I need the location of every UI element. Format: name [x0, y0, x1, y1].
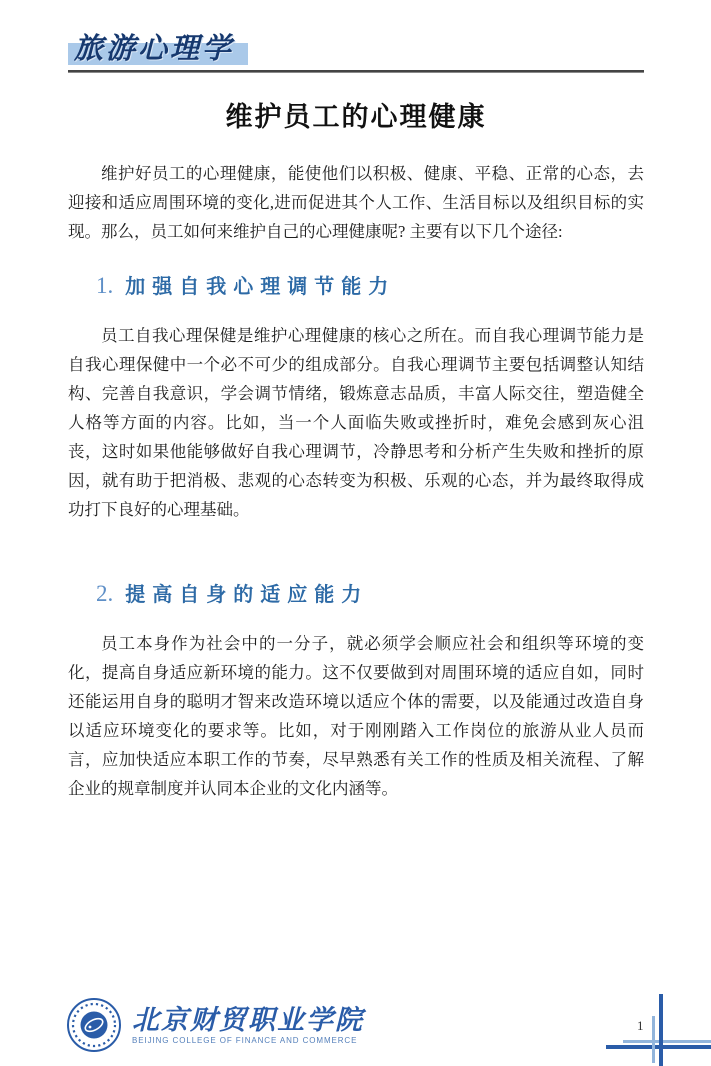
corner-line-vertical-dark	[659, 994, 663, 1066]
section-heading-1: 1. 加强自我心理调节能力	[96, 270, 644, 299]
page-content: 旅游心理学 维护员工的心理健康 维护好员工的心理健康，能使他们以积极、健康、平稳…	[0, 0, 711, 803]
page-title: 维护员工的心理健康	[68, 95, 644, 134]
header-divider	[68, 70, 644, 73]
college-name-english: BEIJING COLLEGE OF FINANCE AND COMMERCE	[132, 1036, 364, 1045]
college-name-block: 北京财贸职业学院 BEIJING COLLEGE OF FINANCE AND …	[132, 1006, 364, 1045]
corner-line-horizontal-light	[623, 1040, 711, 1043]
section-paragraph-2: 员工本身作为社会中的一分子，就必须学会顺应社会和组织等环境的变化，提高自身适应新…	[68, 629, 644, 803]
section-paragraph-1: 员工自我心理保健是维护心理健康的核心之所在。而自我心理调节能力是自我心理保健中一…	[68, 321, 644, 524]
section-heading-2: 2. 提高自身的适应能力	[96, 578, 644, 607]
college-name-chinese: 北京财贸职业学院	[132, 1006, 364, 1034]
book-page: 旅游心理学 维护员工的心理健康 维护好员工的心理健康，能使他们以积极、健康、平稳…	[0, 0, 711, 1066]
corner-line-vertical-light	[652, 1016, 655, 1063]
section-title: 加强自我心理调节能力	[125, 270, 395, 299]
section-number: 2.	[96, 581, 113, 607]
book-title-logotype: 旅游心理学	[74, 33, 234, 65]
college-logo: 北京财贸职业学院 BEIJING COLLEGE OF FINANCE AND …	[66, 997, 364, 1053]
section-number: 1.	[96, 273, 113, 299]
page-header: 旅游心理学	[68, 34, 644, 73]
intro-paragraph: 维护好员工的心理健康，能使他们以积极、健康、平稳、正常的心态，去迎接和适应周围环…	[68, 159, 644, 246]
college-seal-icon	[66, 997, 122, 1053]
section-title: 提高自身的适应能力	[125, 578, 368, 607]
book-brand: 旅游心理学	[68, 34, 248, 66]
page-number: 1	[637, 1018, 644, 1034]
